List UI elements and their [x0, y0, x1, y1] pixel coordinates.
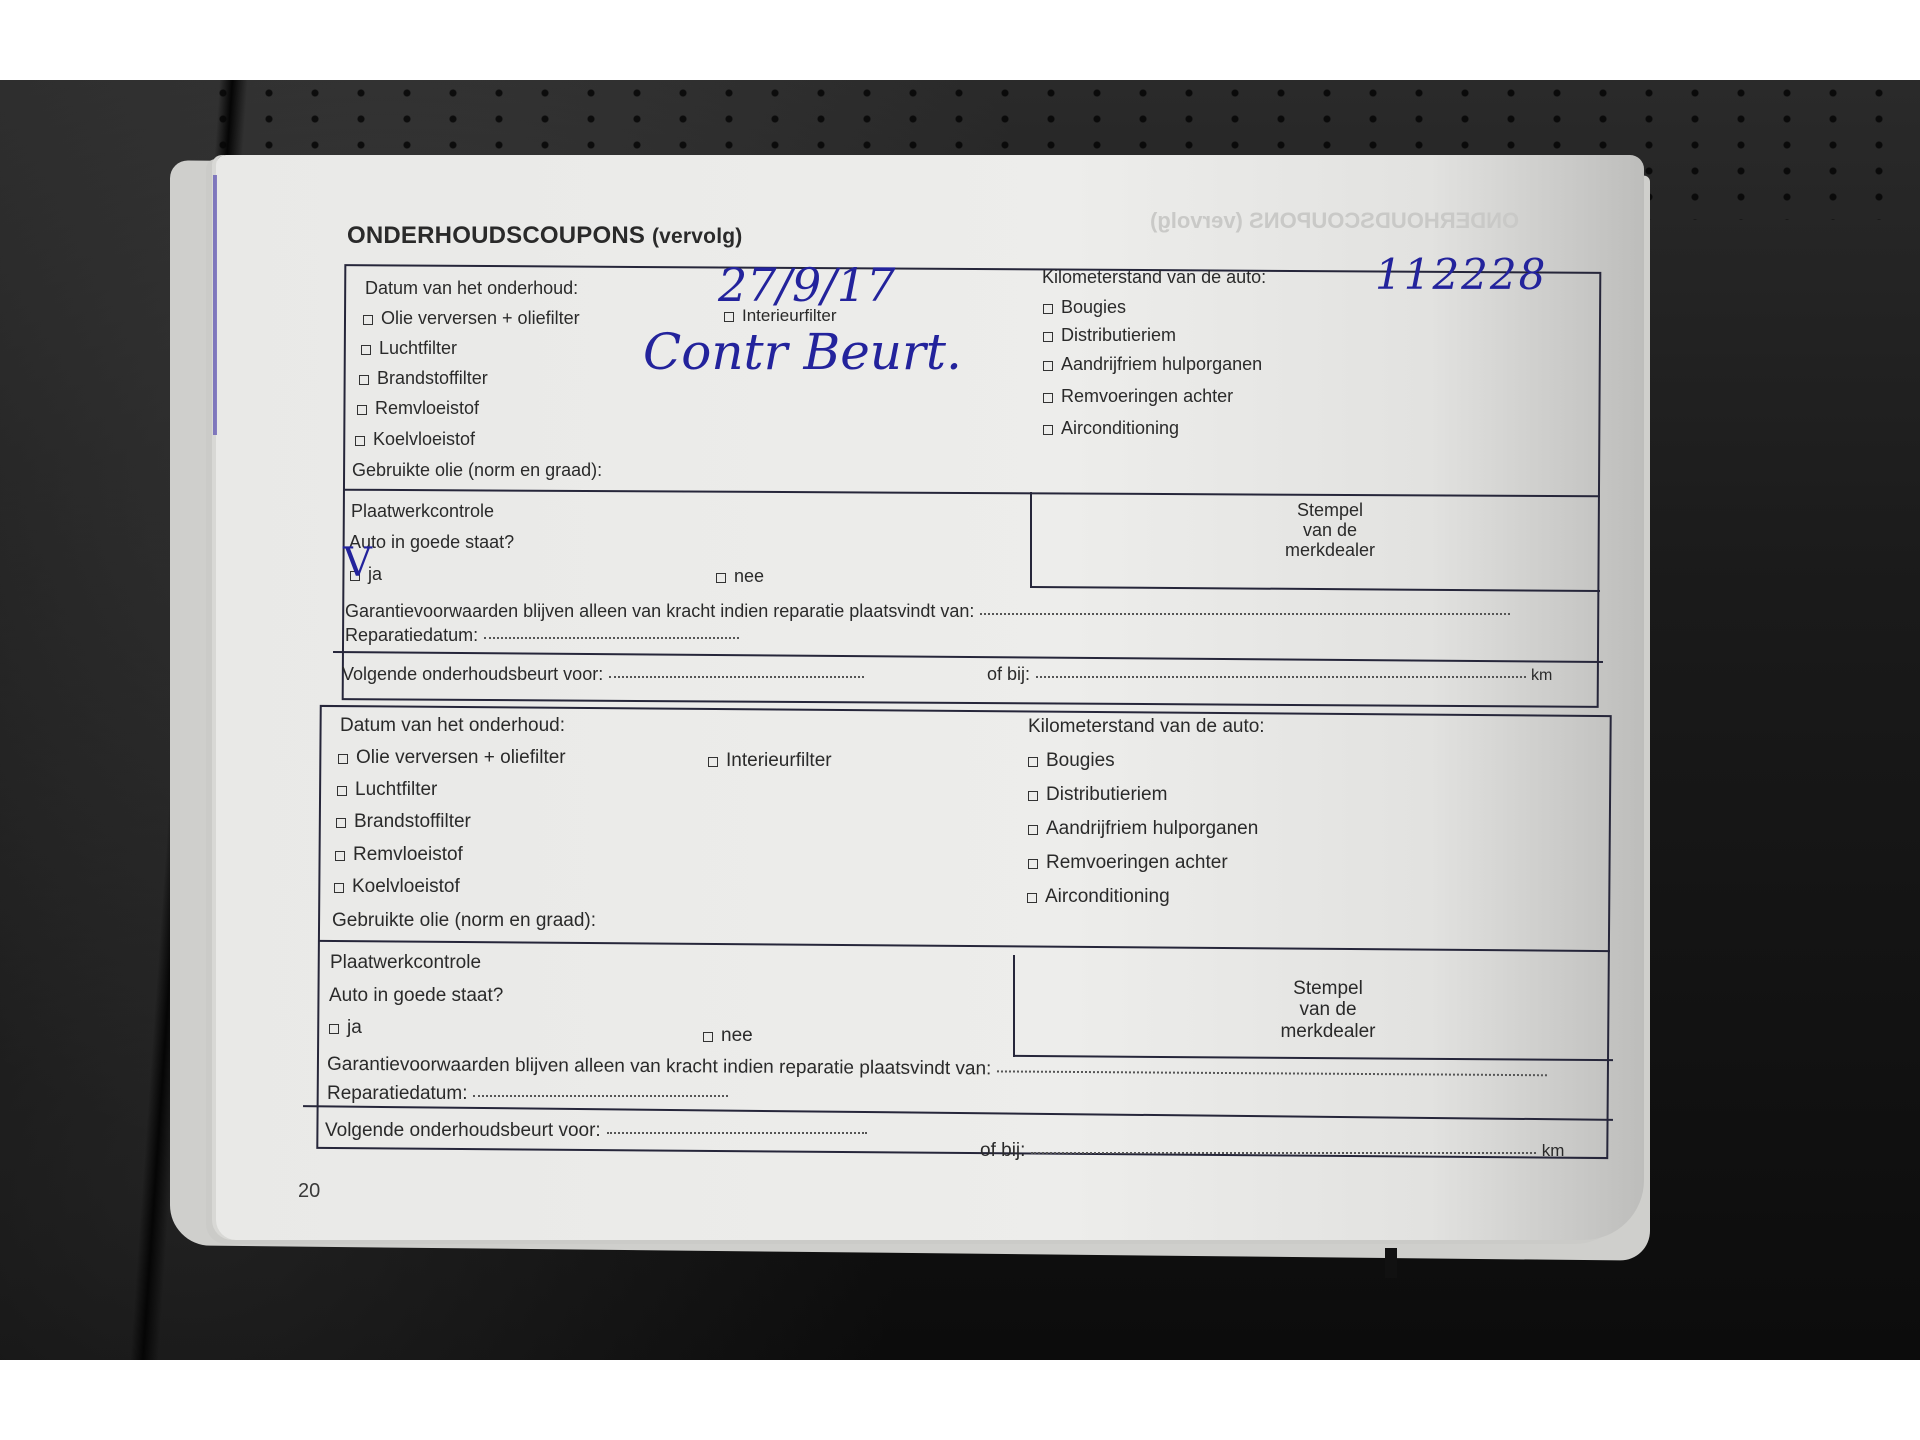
coupon-1-body-check-question: Auto in goede staat? [349, 532, 514, 553]
coupon-1-stamp-box: Stempel van de merkdealer [1230, 500, 1430, 560]
coupon-1-item-brandstoffilter[interactable]: Brandstoffilter [359, 368, 488, 389]
checkbox-icon[interactable] [334, 883, 344, 893]
coupon-2-next-service: Volgende onderhoudsbeurt voor: [325, 1120, 867, 1142]
title-text: ONDERHOUDSCOUPONS [347, 222, 645, 249]
coupon-2-body-check-question: Auto in goede staat? [329, 985, 503, 1007]
coupon-1-yes-checkmark: V [343, 540, 372, 586]
coupon-2-item-distributieriem[interactable]: Distributieriem [1028, 784, 1167, 806]
coupon-1-stamp-divider [1030, 492, 1032, 588]
checkbox-icon[interactable] [335, 851, 345, 861]
checkbox-icon[interactable] [1043, 304, 1053, 314]
coupon-2-no-option[interactable]: nee [703, 1025, 753, 1047]
checkbox-icon[interactable] [1028, 791, 1038, 801]
coupon-1-oil-label: Gebruikte olie (norm en graad): [352, 460, 602, 481]
coupon-1-or-at: of bij: km [987, 664, 1552, 685]
coupon-1-item-remvloeistof[interactable]: Remvloeistof [357, 398, 479, 419]
coupon-1-item-bougies[interactable]: Bougies [1043, 297, 1126, 318]
page-number: 20 [298, 1180, 320, 1203]
checkbox-icon[interactable] [338, 754, 348, 764]
coupon-2-km-label: Kilometerstand van de auto: [1028, 716, 1265, 738]
coupon-2-item-airconditioning[interactable]: Airconditioning [1027, 886, 1170, 908]
coupon-1-item-remvoeringen[interactable]: Remvoeringen achter [1043, 386, 1233, 407]
coupon-1-date-label: Datum van het onderhoud: [365, 278, 578, 299]
coupon-1-item-interieurfilter[interactable]: Interieurfilter [724, 306, 836, 326]
coupon-1-service-note-handwritten: Contr Beurt. [643, 323, 962, 381]
page-title: ONDERHOUDSCOUPONS (vervolg) [347, 222, 742, 250]
checkbox-icon[interactable] [361, 345, 371, 355]
checkbox-icon[interactable] [363, 315, 373, 325]
coupon-1-repair-date: Reparatiedatum: [345, 625, 739, 646]
coupon-2-item-brandstoffilter[interactable]: Brandstoffilter [336, 811, 471, 833]
coupon-1-item-luchtfilter[interactable]: Luchtfilter [361, 338, 457, 359]
title-suffix: (vervolg) [652, 225, 743, 248]
checkbox-icon[interactable] [1028, 859, 1038, 869]
checkbox-icon[interactable] [1043, 425, 1053, 435]
checkbox-icon[interactable] [355, 436, 365, 446]
coupon-2-item-luchtfilter[interactable]: Luchtfilter [337, 779, 437, 801]
coupon-1-item-olie[interactable]: Olie verversen + oliefilter [363, 308, 580, 329]
checkbox-icon[interactable] [336, 818, 346, 828]
checkbox-icon[interactable] [357, 405, 367, 415]
checkbox-icon[interactable] [716, 573, 726, 583]
coupon-2-item-olie[interactable]: Olie verversen + oliefilter [338, 747, 566, 769]
coupon-1-no-option[interactable]: nee [716, 566, 764, 587]
coupon-1-warranty: Garantievoorwaarden blijven alleen van k… [345, 601, 1510, 622]
coupon-1-body-check-title: Plaatwerkcontrole [351, 501, 494, 522]
checkbox-icon[interactable] [359, 375, 369, 385]
show-through-title: ONDERHOUDSCOUPONS (vervolg) [1150, 208, 1519, 234]
coupon-2-item-remvloeistof[interactable]: Remvloeistof [335, 844, 463, 866]
coupon-2-item-remvoeringen[interactable]: Remvoeringen achter [1028, 852, 1228, 874]
checkbox-icon[interactable] [1043, 332, 1053, 342]
coupon-1-item-aandrijfriem[interactable]: Aandrijfriem hulporganen [1043, 354, 1262, 375]
coupon-2-oil-label: Gebruikte olie (norm en graad): [332, 910, 596, 932]
checkbox-icon[interactable] [1043, 361, 1053, 371]
coupon-2-item-interieurfilter[interactable]: Interieurfilter [708, 750, 832, 772]
coupon-1-km-handwritten: 112228 [1375, 250, 1547, 299]
coupon-2-item-koelvloeistof[interactable]: Koelvloeistof [334, 876, 460, 898]
checkbox-icon[interactable] [329, 1024, 339, 1034]
checkbox-icon[interactable] [1027, 893, 1037, 903]
coupon-1-item-distributieriem[interactable]: Distributieriem [1043, 325, 1176, 346]
coupon-1-item-airconditioning[interactable]: Airconditioning [1043, 418, 1179, 439]
checkbox-icon[interactable] [1028, 825, 1038, 835]
checkbox-icon[interactable] [1028, 757, 1038, 767]
checkbox-icon[interactable] [337, 786, 347, 796]
coupon-1-item-koelvloeistof[interactable]: Koelvloeistof [355, 429, 475, 450]
coupon-2-or-at: of bij: km [980, 1140, 1564, 1162]
checkbox-icon[interactable] [1043, 393, 1053, 403]
checkbox-icon[interactable] [724, 312, 734, 322]
coupon-1-next-service: Volgende onderhoudsbeurt voor: [342, 664, 864, 685]
coupon-1-km-label: Kilometerstand van de auto: [1042, 267, 1266, 288]
coupon-2-stamp-divider [1013, 955, 1015, 1057]
coupon-2-yes-option[interactable]: ja [329, 1017, 362, 1039]
coupon-1-date-handwritten: 27/9/17 [718, 258, 895, 312]
checkbox-icon[interactable] [703, 1032, 713, 1042]
coupon-2-item-aandrijfriem[interactable]: Aandrijfriem hulporganen [1028, 818, 1258, 840]
checkbox-icon[interactable] [708, 757, 718, 767]
coupon-2-body-check-title: Plaatwerkcontrole [330, 952, 481, 974]
coupon-2-item-bougies[interactable]: Bougies [1028, 750, 1115, 772]
coupon-2-stamp-box: Stempel van de merkdealer [1228, 978, 1428, 1042]
page-edge-marker [1385, 1248, 1397, 1278]
coupon-2-repair-date: Reparatiedatum: [327, 1083, 728, 1105]
coupon-2-date-label: Datum van het onderhoud: [340, 715, 565, 737]
